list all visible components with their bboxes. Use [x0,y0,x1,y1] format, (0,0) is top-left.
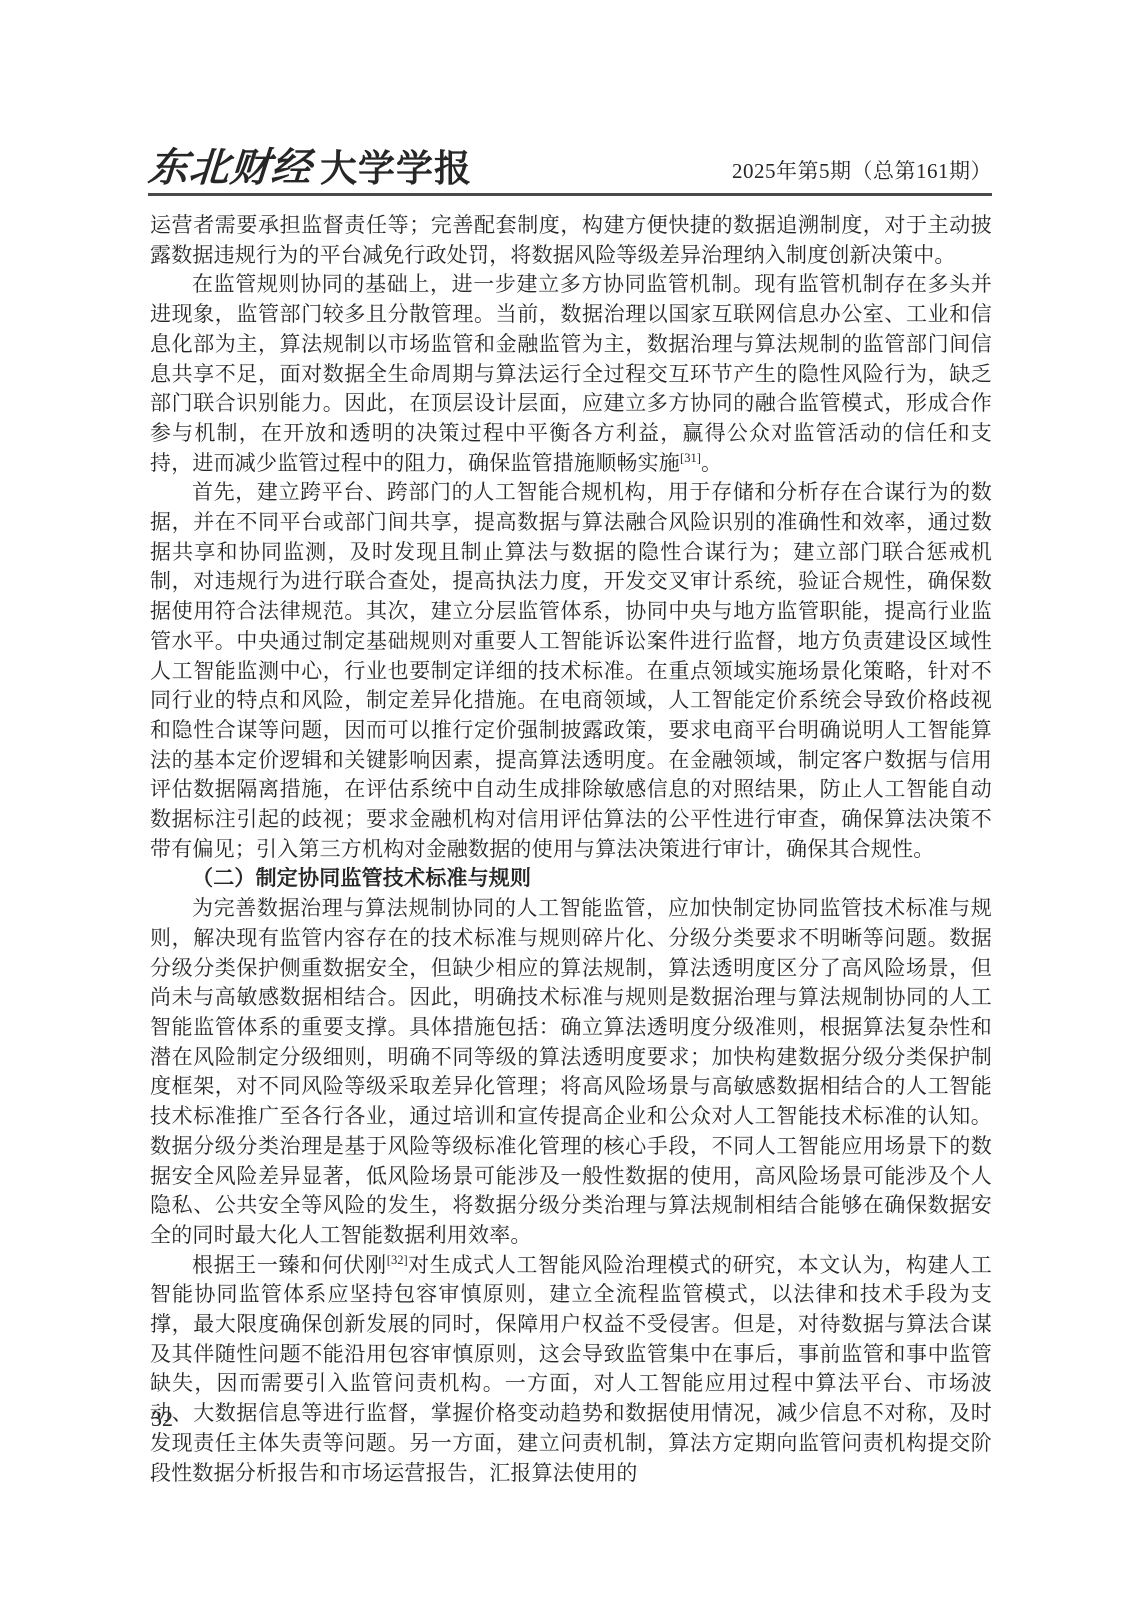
journal-name-suffix: 大学学报 [320,151,472,188]
paragraph: 为完善数据治理与算法规制协同的人工智能监管，应加快制定协同监管技术标准与规则，解… [150,894,992,1250]
paragraph: 根据王一臻和何伏刚[32]对生成式人工智能风险治理模式的研究，本文认为，构建人工… [150,1251,992,1489]
journal-logo: 东北财经 大学学报 [148,148,472,188]
page-header: 东北财经 大学学报 2025年第5期（总第161期） [148,138,992,196]
paragraph: 首先，建立跨平台、跨部门的人工智能合规机构，用于存储和分析存在合谋行为的数据，并… [150,478,992,864]
article-body: 运营者需要承担监督责任等；完善配套制度，构建方便快捷的数据追溯制度，对于主动披露… [150,211,992,1488]
journal-name-calligraphy: 东北财经 [147,148,314,188]
citation-ref: [32] [387,1253,408,1267]
citation-ref: [31] [680,451,701,465]
issue-info: 2025年第5期（总第161期） [732,161,992,188]
page-footer: 32 [151,1408,173,1430]
section-heading: （二）制定协同监管技术标准与规则 [150,864,992,894]
paragraph: 在监管规则协同的基础上，进一步建立多方协同监管机制。现有监管机制存在多头并进现象… [150,270,992,478]
page-number: 32 [151,1406,173,1431]
paragraph: 运营者需要承担监督责任等；完善配套制度，构建方便快捷的数据追溯制度，对于主动披露… [150,211,992,270]
journal-page: 东北财经 大学学报 2025年第5期（总第161期） 运营者需要承担监督责任等；… [0,0,1140,1600]
